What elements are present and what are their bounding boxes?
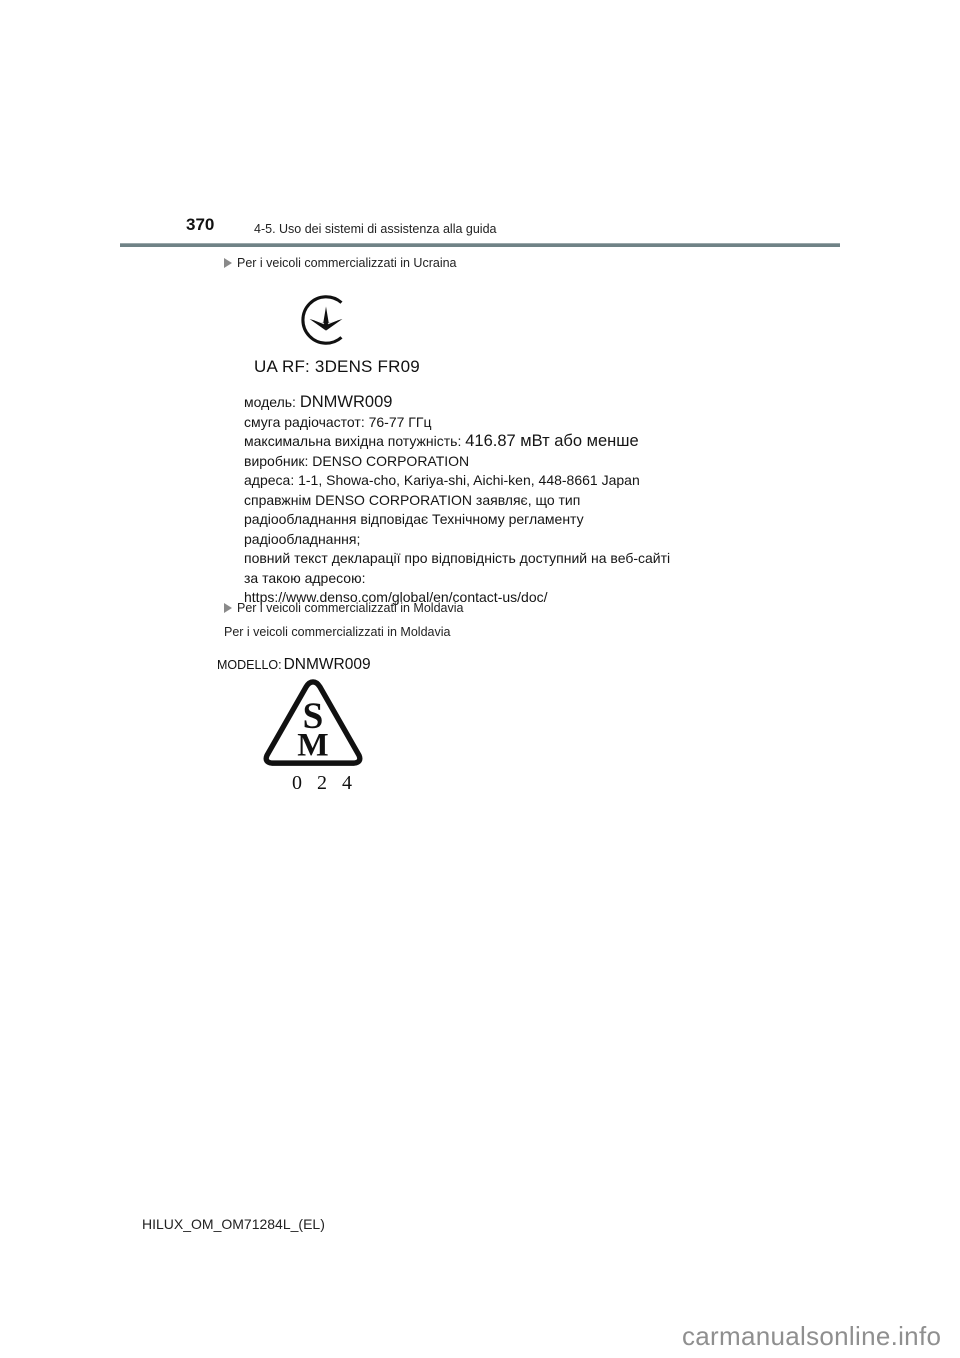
ua-rf-code: UA RF: 3DENS FR09 bbox=[254, 357, 420, 377]
header-divider bbox=[120, 243, 840, 247]
heading-moldova: Per i veicoli commercializzati in Moldav… bbox=[224, 601, 463, 615]
heading-moldova-text: Per i veicoli commercializzati in Moldav… bbox=[237, 601, 463, 615]
document-code: HILUX_OM_OM71284L_(EL) bbox=[142, 1216, 325, 1232]
heading-ukraine: Per i veicoli commercializzati in Ucrain… bbox=[224, 256, 457, 270]
moldova-text: Per i veicoli commercializzati in Moldav… bbox=[224, 625, 450, 639]
model-value: DNMWR009 bbox=[300, 393, 393, 411]
declaration-line: радіообладнання; bbox=[244, 530, 670, 550]
declaration-line: повний текст декларації про відповідніст… bbox=[244, 549, 670, 569]
moldova-sm-conformity-mark-icon: S M bbox=[262, 677, 364, 769]
moldova-mark-code: 0 2 4 bbox=[292, 772, 357, 795]
ukraine-declaration: модель: DNMWR009 смуга радіочастот: 76-7… bbox=[244, 393, 670, 608]
moldova-model-value: DNMWR009 bbox=[284, 656, 371, 673]
manufacturer-line: виробник: DENSO CORPORATION bbox=[244, 452, 670, 472]
ukrainian-conformity-mark-icon bbox=[297, 291, 355, 349]
declaration-line: радіообладнання відповідає Технічному ре… bbox=[244, 510, 670, 530]
band-line: смуга радіочастот: 76-77 ГГц bbox=[244, 413, 670, 433]
model-line: модель: DNMWR009 bbox=[244, 393, 670, 413]
model-label: модель: bbox=[244, 394, 296, 410]
declaration-line: справжнім DENSO CORPORATION заявляє, що … bbox=[244, 491, 670, 511]
triangle-bullet-icon bbox=[224, 258, 232, 268]
moldova-model-line: MODELLO:DNMWR009 bbox=[217, 656, 371, 674]
moldova-model-label: MODELLO: bbox=[217, 658, 282, 672]
heading-ukraine-text: Per i veicoli commercializzati in Ucrain… bbox=[237, 256, 457, 270]
page-number: 370 bbox=[186, 215, 214, 235]
power-label: максимальна вихідна потужність: bbox=[244, 433, 461, 449]
svg-text:M: M bbox=[297, 726, 328, 763]
power-value: 416.87 мВт або менше bbox=[465, 432, 638, 450]
section-title: 4-5. Uso dei sistemi di assistenza alla … bbox=[254, 222, 496, 236]
watermark: carmanualsonline.info bbox=[682, 1321, 941, 1352]
triangle-bullet-icon bbox=[224, 603, 232, 613]
declaration-line: за такою адресою: bbox=[244, 569, 670, 589]
power-line: максимальна вихідна потужність: 416.87 м… bbox=[244, 432, 670, 452]
address-line: адреса: 1-1, Showa-cho, Kariya-shi, Aich… bbox=[244, 471, 670, 491]
